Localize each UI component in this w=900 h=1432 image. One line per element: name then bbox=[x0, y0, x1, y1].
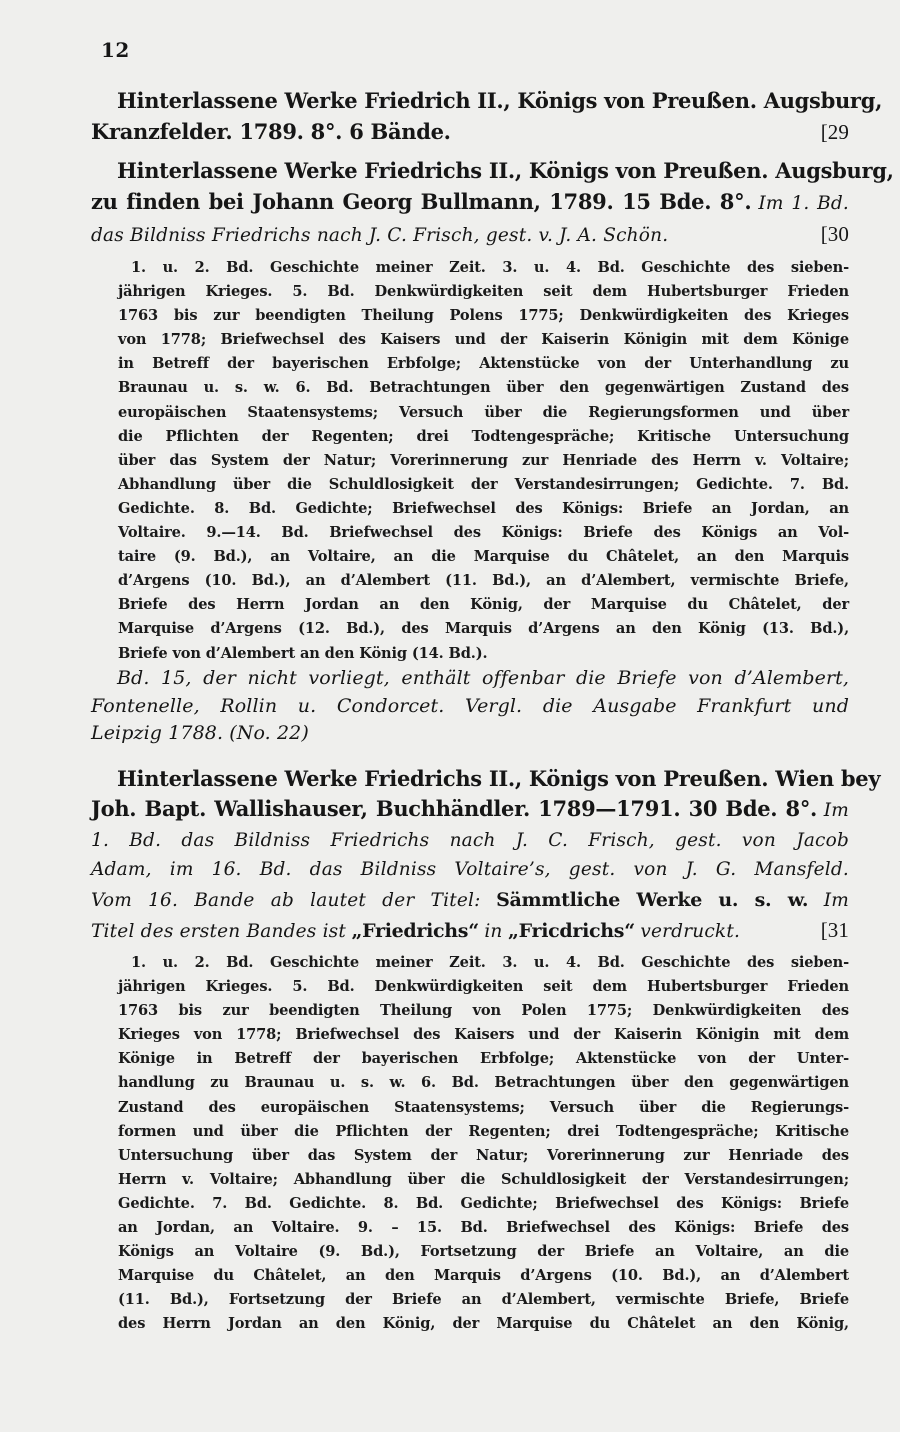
entry-title-line: Hinterlassene Werke Friedrich II., König… bbox=[91, 86, 849, 117]
note-line: Bd. 15, der nicht vorliegt, enthält offe… bbox=[91, 665, 849, 693]
entry-title-line: Hinterlassene Werke Friedrichs II., Köni… bbox=[91, 156, 849, 187]
contents-line: Briefe von d’Alembert an den König (14. … bbox=[118, 642, 849, 666]
entry-misprint-note: Titel des ersten Bandes ist bbox=[91, 921, 346, 942]
entry-31-contents: 1. u. 2. Bd. Geschichte meiner Zeit. 3. … bbox=[118, 951, 849, 1337]
contents-line: d’Argens (10. Bd.), an d’Alembert (11. B… bbox=[118, 569, 849, 593]
contents-line: Abhandlung über die Schuldlosigkeit der … bbox=[118, 473, 849, 497]
entry-title: Hinterlassene Werke Friedrichs II., Köni… bbox=[91, 156, 849, 252]
entry-title: Hinterlassene Werke Friedrich II., König… bbox=[91, 86, 849, 147]
bibliography-entry-30: Hinterlassene Werke Friedrichs II., Köni… bbox=[91, 156, 849, 252]
entry-title-line: das Bildniss Friedrichs nach J. C. Frisc… bbox=[91, 219, 849, 252]
contents-line: Gedichte. 7. Bd. Gedichte. 8. Bd. Gedich… bbox=[118, 1192, 849, 1216]
document-page: 12 Hinterlassene Werke Friedrich II., Kö… bbox=[0, 0, 900, 1432]
entry-imprint: zu finden bei Johann Georg Bullmann, 178… bbox=[91, 189, 751, 214]
contents-line: Herrn v. Voltaire; Abhandlung über die S… bbox=[118, 1168, 849, 1192]
entry-portrait-note: das Bildniss Friedrichs nach J. C. Frisc… bbox=[91, 225, 668, 246]
entry-italic-word: in bbox=[484, 921, 502, 942]
entry-quoted-word: „Friedrichs“ bbox=[352, 920, 479, 942]
contents-line: die Pflichten der Regenten; drei Todteng… bbox=[118, 425, 849, 449]
contents-line: Krieges von 1778; Briefwechsel des Kaise… bbox=[118, 1023, 849, 1047]
contents-line: Gedichte. 8. Bd. Gedichte; Briefwechsel … bbox=[118, 497, 849, 521]
entry-new-title: Sämmtliche Werke u. s. w. bbox=[496, 889, 808, 911]
contents-line: jährigen Krieges. 5. Bd. Denkwürdigkeite… bbox=[118, 280, 849, 304]
entry-title-line: Vom 16. Bande ab lautet der Titel: Sämmt… bbox=[91, 885, 849, 916]
entry-30-note: Bd. 15, der nicht vorliegt, enthält offe… bbox=[91, 665, 849, 748]
entry-title-line: zu finden bei Johann Georg Bullmann, 178… bbox=[91, 187, 849, 220]
page-number: 12 bbox=[101, 38, 130, 62]
contents-line: Könige in Betreff der bayerischen Erbfol… bbox=[118, 1047, 849, 1071]
entry-italic-note: Im 1. Bd. bbox=[758, 193, 849, 214]
contents-line: taire (9. Bd.), an Voltaire, an die Marq… bbox=[118, 545, 849, 569]
entry-title-line: Titel des ersten Bandes ist „Friedrichs“… bbox=[91, 916, 849, 947]
entry-italic-note: Im bbox=[824, 800, 849, 821]
entry-title: Hinterlassene Werke Friedrichs II., Köni… bbox=[91, 764, 849, 947]
contents-line: Marquise du Châtelet, an den Marquis d’A… bbox=[118, 1264, 849, 1288]
entry-title-line: Hinterlassene Werke Friedrichs II., Köni… bbox=[91, 764, 849, 794]
contents-line: 1. u. 2. Bd. Geschichte meiner Zeit. 3. … bbox=[118, 951, 849, 975]
contents-line: handlung zu Braunau u. s. w. 6. Bd. Betr… bbox=[118, 1071, 849, 1095]
entry-italic-note: Im bbox=[824, 890, 849, 911]
contents-line: 1763 bis zur beendigten Theilung Polens … bbox=[118, 304, 849, 328]
contents-line: Königs an Voltaire (9. Bd.), Fortsetzung… bbox=[118, 1240, 849, 1264]
contents-line: in Betreff der bayerischen Erbfolge; Akt… bbox=[118, 352, 849, 376]
contents-line: Marquise d’Argens (12. Bd.), des Marquis… bbox=[118, 617, 849, 641]
entry-number: [30 bbox=[821, 219, 849, 250]
contents-line: europäischen Staatensystems; Versuch übe… bbox=[118, 401, 849, 425]
contents-line: Briefe des Herrn Jordan an den König, de… bbox=[118, 593, 849, 617]
entry-imprint: Joh. Bapt. Wallishauser, Buchhändler. 17… bbox=[91, 796, 817, 821]
entry-number: [29 bbox=[821, 117, 849, 148]
contents-line: 1763 bis zur beendigten Theilung von Pol… bbox=[118, 999, 849, 1023]
contents-line: jährigen Krieges. 5. Bd. Denkwürdigkeite… bbox=[118, 975, 849, 999]
entry-title-line: Kranzfelder. 1789. 8°. 6 Bände. [29 bbox=[91, 117, 849, 148]
contents-line: über das System der Natur; Vorerinnerung… bbox=[118, 449, 849, 473]
contents-line: formen und über die Pflichten der Regent… bbox=[118, 1120, 849, 1144]
entry-quoted-word: „Fricdrichs“ bbox=[508, 920, 635, 942]
contents-line: Voltaire. 9.—14. Bd. Briefwechsel des Kö… bbox=[118, 521, 849, 545]
entry-title-change-note: Vom 16. Bande ab lautet der Titel: bbox=[91, 890, 481, 911]
contents-line: an Jordan, an Voltaire. 9. – 15. Bd. Bri… bbox=[118, 1216, 849, 1240]
note-line: Fontenelle, Rollin u. Condorcet. Vergl. … bbox=[91, 693, 849, 721]
note-line: Leipzig 1788. (No. 22) bbox=[91, 720, 849, 748]
contents-line: Braunau u. s. w. 6. Bd. Betrachtungen üb… bbox=[118, 376, 849, 400]
bibliography-entry-31: Hinterlassene Werke Friedrichs II., Köni… bbox=[91, 764, 849, 947]
contents-line: 1. u. 2. Bd. Geschichte meiner Zeit. 3. … bbox=[118, 256, 849, 280]
contents-line: des Herrn Jordan an den König, der Marqu… bbox=[118, 1312, 849, 1336]
contents-line: (11. Bd.), Fortsetzung der Briefe an d’A… bbox=[118, 1288, 849, 1312]
contents-line: von 1778; Briefwechsel des Kaisers und d… bbox=[118, 328, 849, 352]
entry-number: [31 bbox=[821, 916, 849, 946]
contents-line: Zustand des europäischen Staatensystems;… bbox=[118, 1096, 849, 1120]
entry-title-line: Adam, im 16. Bd. das Bildniss Voltaire’s… bbox=[91, 855, 849, 885]
entry-title-line: Joh. Bapt. Wallishauser, Buchhändler. 17… bbox=[91, 794, 849, 826]
entry-title-line: 1. Bd. das Bildniss Friedrichs nach J. C… bbox=[91, 826, 849, 856]
contents-line: Untersuchung über das System der Natur; … bbox=[118, 1144, 849, 1168]
entry-30-contents: 1. u. 2. Bd. Geschichte meiner Zeit. 3. … bbox=[118, 256, 849, 666]
entry-imprint: Kranzfelder. 1789. 8°. 6 Bände. bbox=[91, 119, 451, 144]
entry-italic-word: verdruckt. bbox=[640, 921, 740, 942]
bibliography-entry-29: Hinterlassene Werke Friedrich II., König… bbox=[91, 86, 849, 147]
